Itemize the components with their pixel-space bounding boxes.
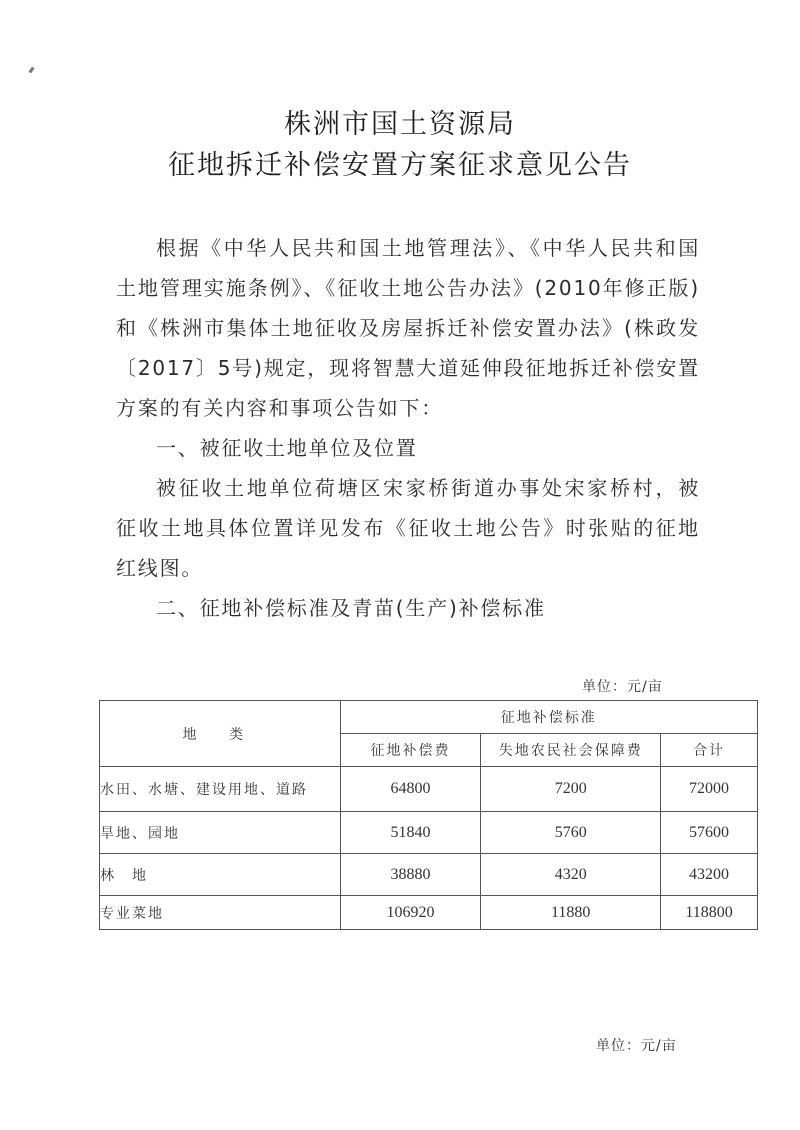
header-compensation-standard: 征地补偿标准 <box>340 701 757 734</box>
next-table-unit-label: 单位：元/亩 <box>596 1035 677 1055</box>
land-type-cell: 林 地 <box>100 854 341 896</box>
table-row: 水田、水塘、建设用地、道路 64800 7200 72000 <box>100 767 758 812</box>
section1-body: 被征收土地单位荷塘区宋家桥街道办事处宋家桥村，被征收土地具体位置详见发布《征收土… <box>116 468 700 588</box>
compensation-table: 地 类 征地补偿标准 征地补偿费 失地农民社会保障费 合计 水田、水塘、建设用地… <box>99 700 758 930</box>
social-security-cell: 4320 <box>481 854 661 896</box>
section1-heading: 一、被征收土地单位及位置 <box>116 428 700 468</box>
total-cell: 57600 <box>661 812 758 854</box>
document-title-subject: 征地拆迁补偿安置方案征求意见公告 <box>0 143 800 182</box>
header-compensation-fee: 征地补偿费 <box>340 734 481 767</box>
total-cell: 118800 <box>661 896 758 930</box>
section2-heading: 二、征地补偿标准及青苗(生产)补偿标准 <box>116 588 700 628</box>
land-type-cell: 专业菜地 <box>100 896 341 930</box>
land-type-cell: 水田、水塘、建设用地、道路 <box>100 767 341 812</box>
document-title-agency: 株洲市国土资源局 <box>0 102 800 141</box>
social-security-cell: 7200 <box>481 767 661 812</box>
social-security-cell: 5760 <box>481 812 661 854</box>
header-social-security-fee: 失地农民社会保障费 <box>481 734 661 767</box>
table-unit-label: 单位：元/亩 <box>582 676 663 696</box>
compensation-cell: 64800 <box>340 767 481 812</box>
compensation-cell: 51840 <box>340 812 481 854</box>
table-row: 林 地 38880 4320 43200 <box>100 854 758 896</box>
table-row: 专业菜地 106920 11880 118800 <box>100 896 758 930</box>
intro-paragraph: 根据《中华人民共和国土地管理法》、《中华人民共和国土地管理实施条例》、《征收土地… <box>116 228 700 428</box>
total-cell: 72000 <box>661 767 758 812</box>
header-land-type: 地 类 <box>100 701 341 767</box>
total-cell: 43200 <box>661 854 758 896</box>
scan-speck <box>29 67 35 74</box>
compensation-cell: 106920 <box>340 896 481 930</box>
compensation-cell: 38880 <box>340 854 481 896</box>
header-total: 合计 <box>661 734 758 767</box>
table-row: 旱地、园地 51840 5760 57600 <box>100 812 758 854</box>
land-type-cell: 旱地、园地 <box>100 812 341 854</box>
social-security-cell: 11880 <box>481 896 661 930</box>
